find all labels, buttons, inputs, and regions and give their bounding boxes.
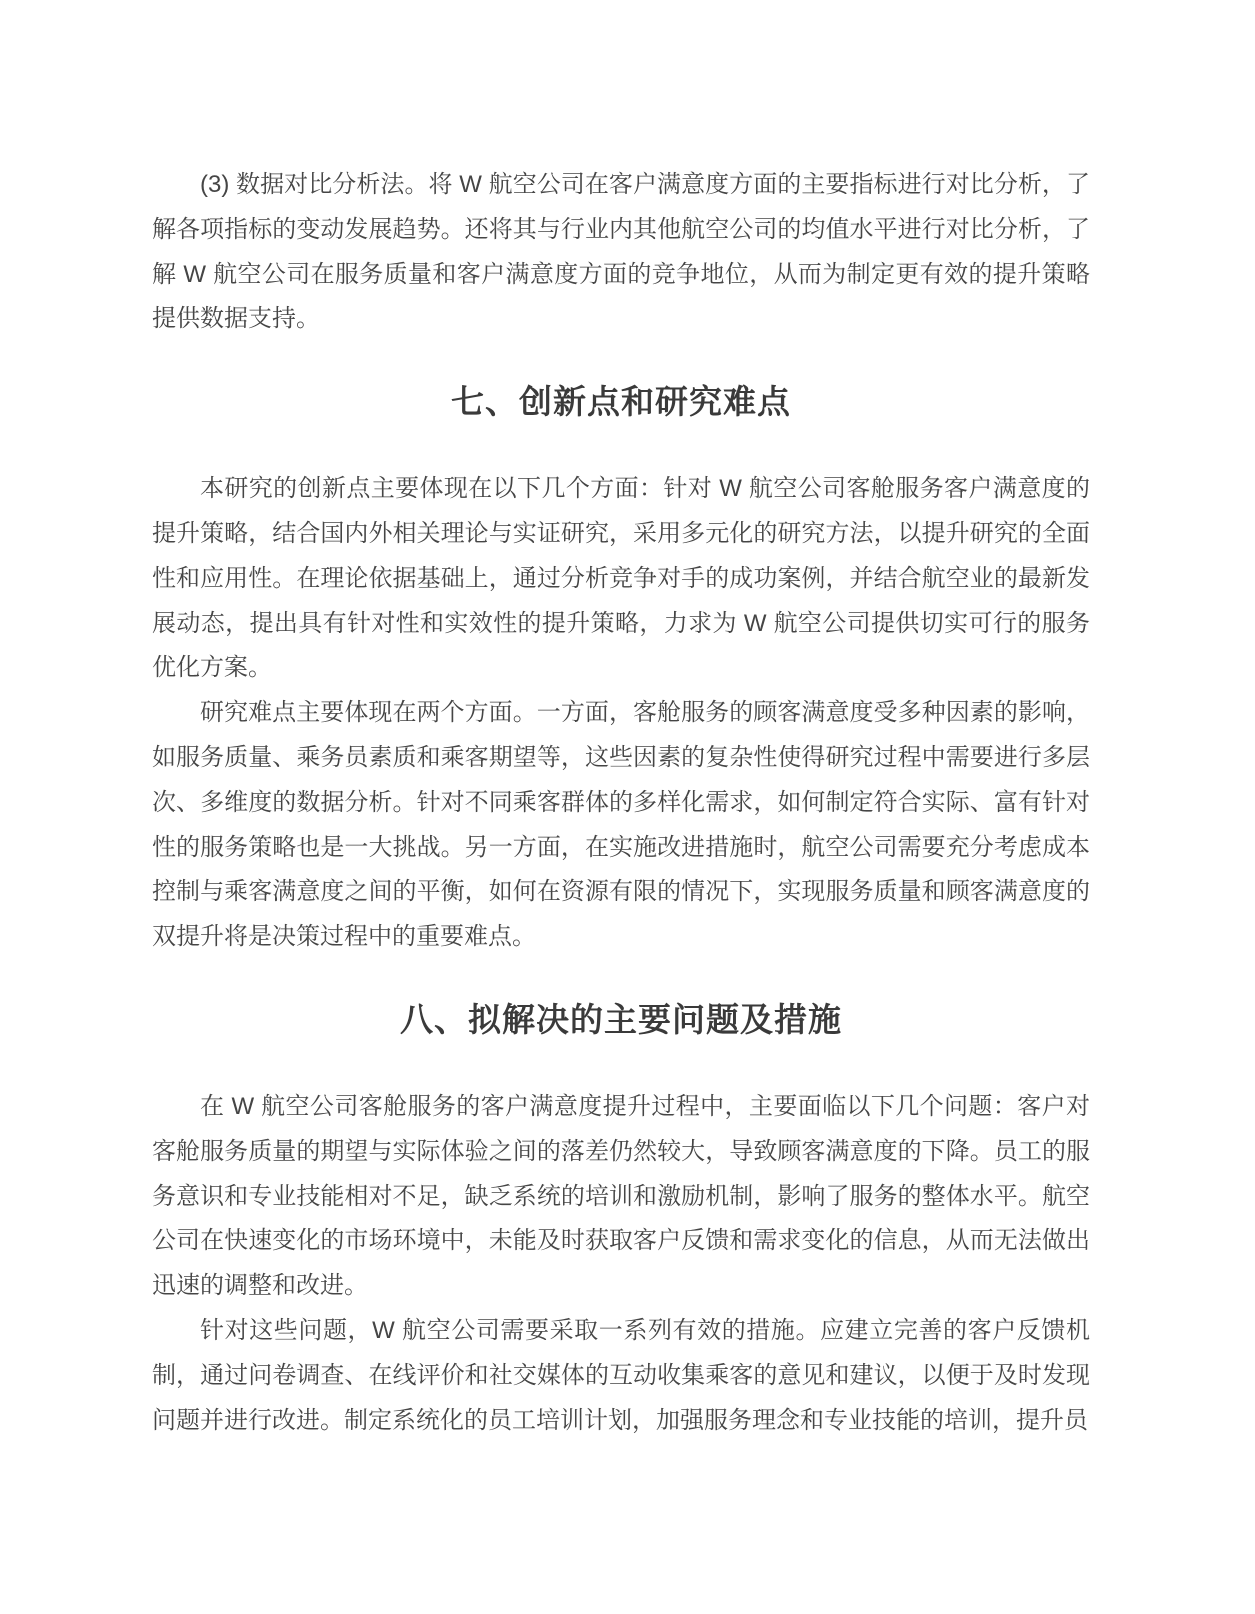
document-page: (3) 数据对比分析法。将 W 航空公司在客户满意度方面的主要指标进行对比分析，… [0,0,1255,1614]
section-8-paragraph-measures: 针对这些问题，W 航空公司需要采取一系列有效的措施。应建立完善的客户反馈机制，通… [152,1309,1090,1443]
section-7-paragraph-innovation-points: 本研究的创新点主要体现在以下几个方面：针对 W 航空公司客舱服务客户满意度的提升… [152,467,1090,691]
section-7-heading: 七、创新点和研究难点 [152,377,1090,427]
document-content: (3) 数据对比分析法。将 W 航空公司在客户满意度方面的主要指标进行对比分析，… [152,163,1090,1443]
section-7-paragraph-research-difficulties: 研究难点主要体现在两个方面。一方面，客舱服务的顾客满意度受多种因素的影响，如服务… [152,691,1090,960]
section-8-heading: 八、拟解决的主要问题及措施 [152,995,1090,1045]
section-8-paragraph-main-problems: 在 W 航空公司客舱服务的客户满意度提升过程中，主要面临以下几个问题：客户对客舱… [152,1085,1090,1309]
paragraph-data-comparison-method: (3) 数据对比分析法。将 W 航空公司在客户满意度方面的主要指标进行对比分析，… [152,163,1090,342]
